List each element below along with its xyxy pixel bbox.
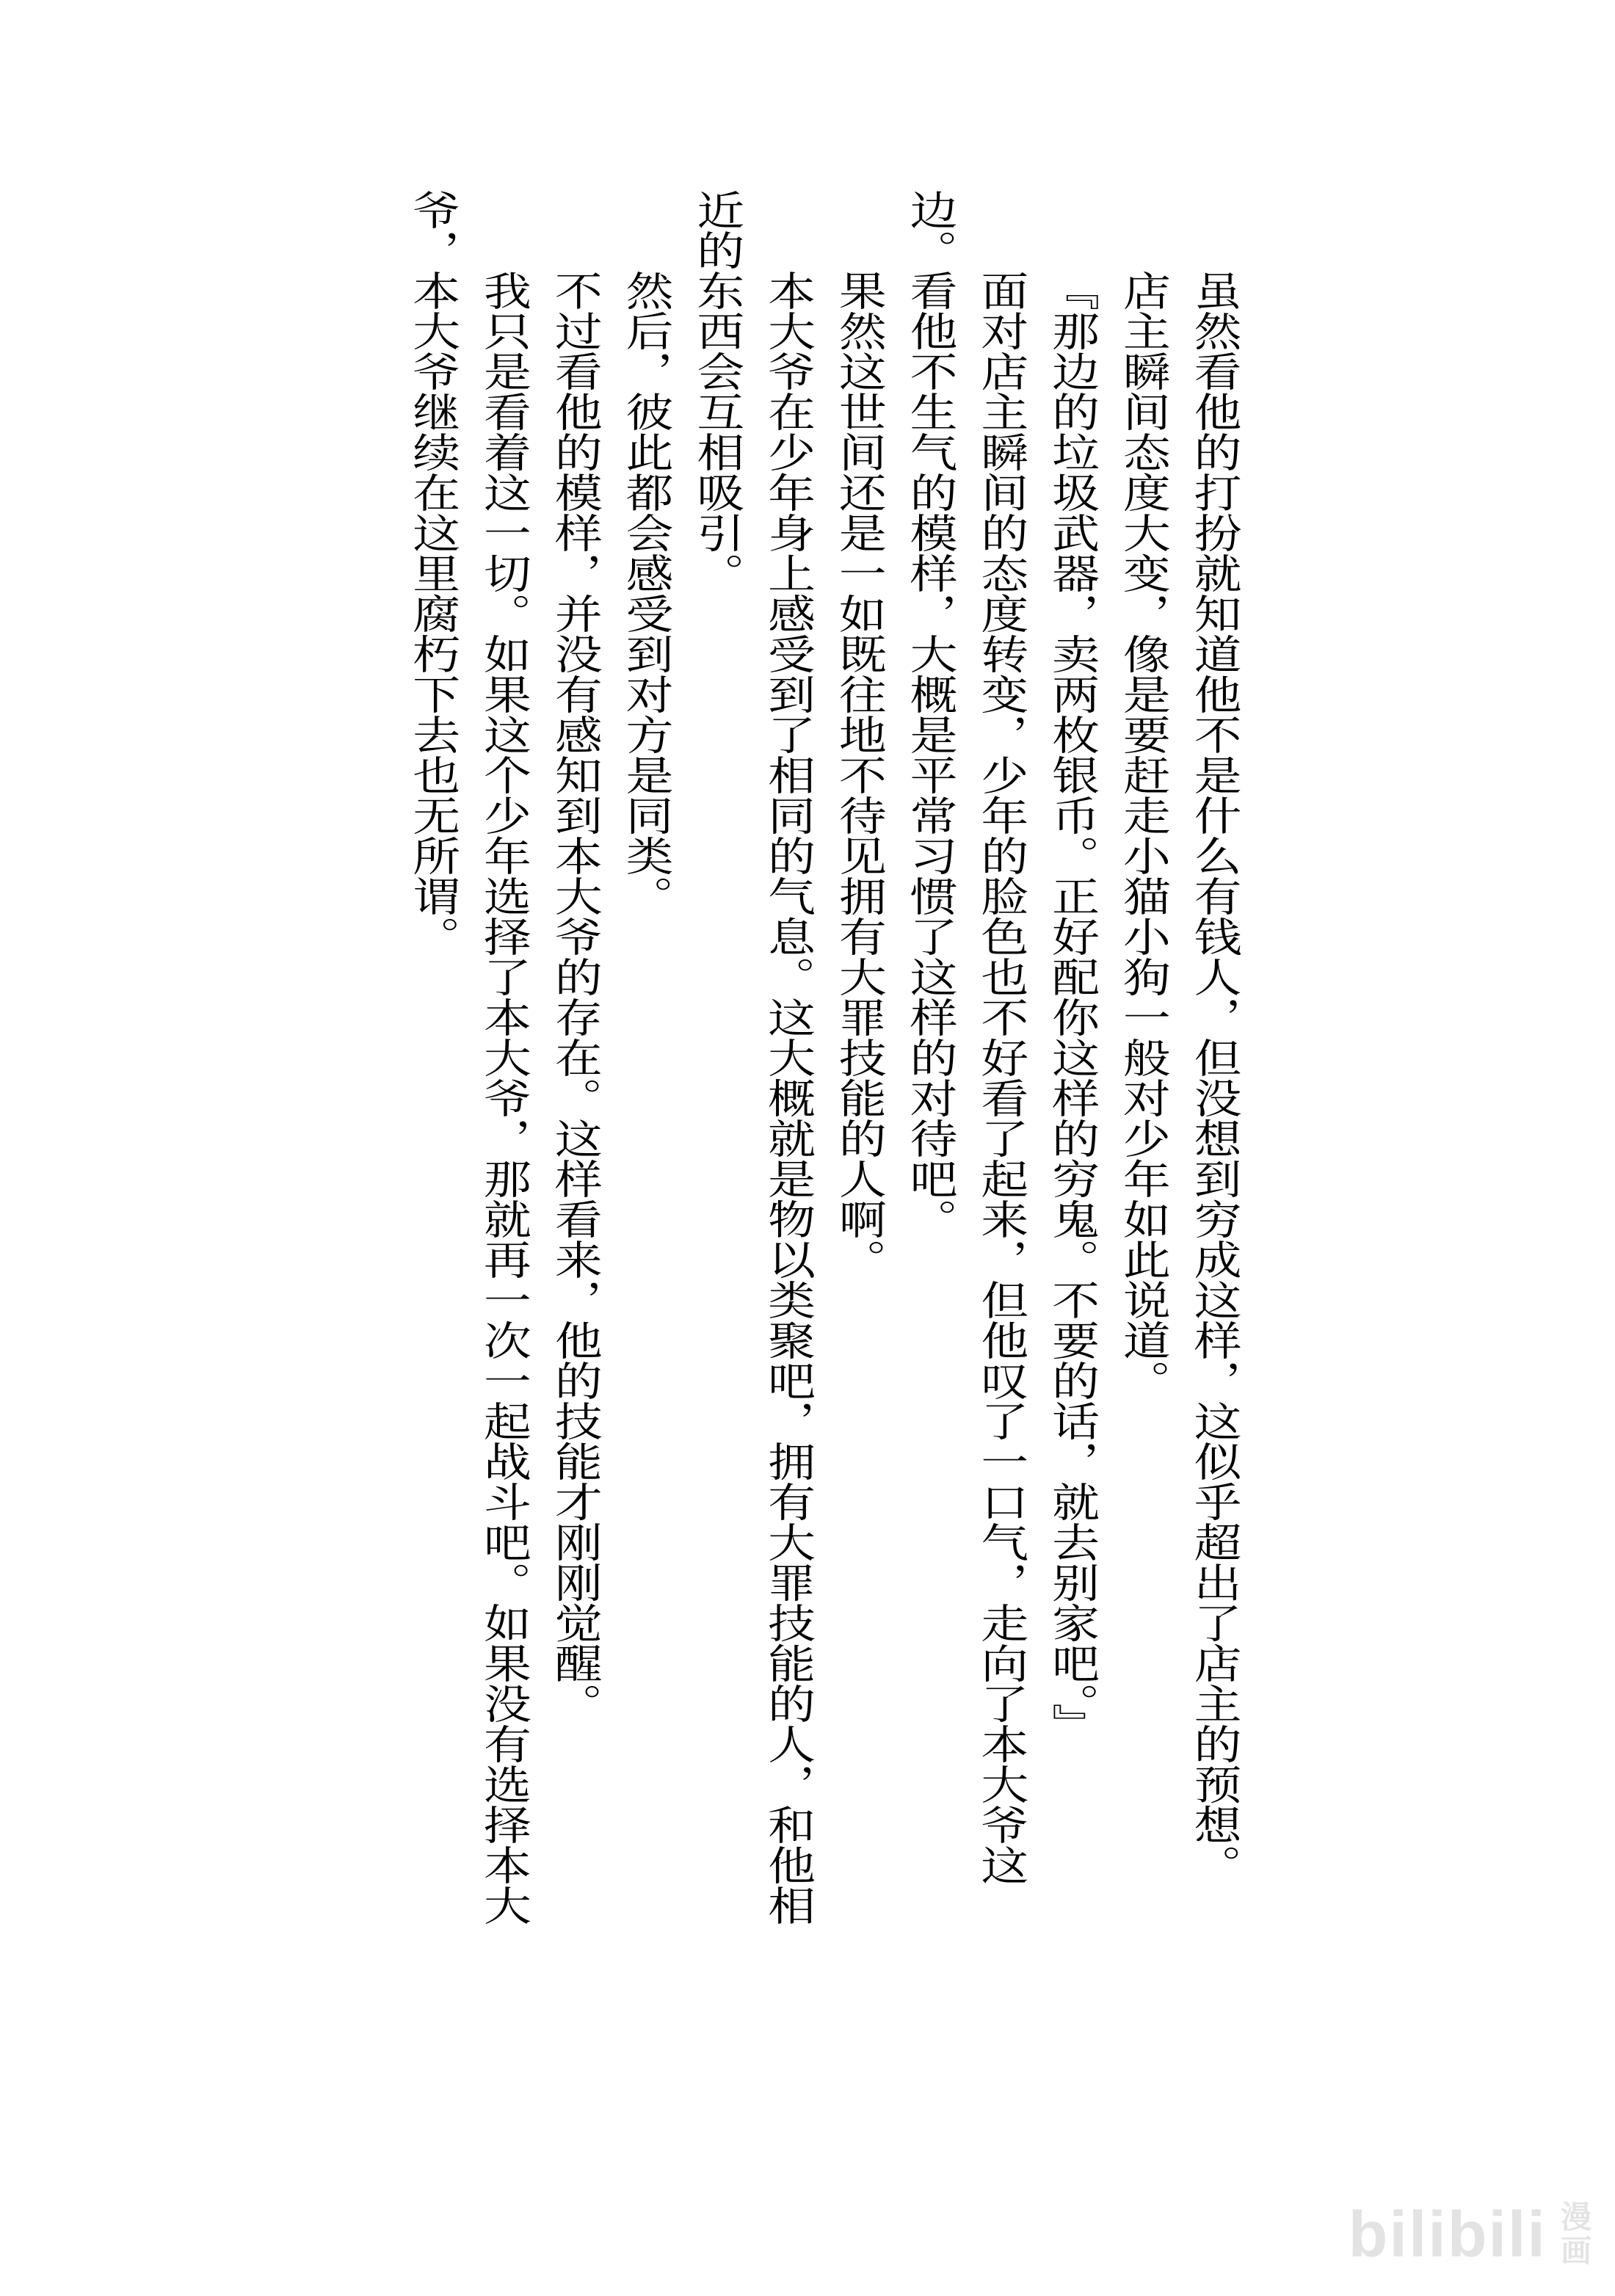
paragraph: 我只是看着这一切。如果这个少年选择了本大爷，那就再一次一起战斗吧。如果没有选择本… xyxy=(396,189,539,1925)
bilibili-logo: bilibili 漫画 xyxy=(1349,2201,1591,2268)
paragraph: 本大爷在少年身上感受到了相同的气息。这大概就是物以类聚吧，拥有大罪技能的人，和他… xyxy=(681,189,823,1925)
paragraph: 果然这世间还是一如既往地不待见拥有大罪技能的人啊。 xyxy=(822,189,893,1925)
paragraph: 『那边的垃圾武器，卖两枚银币。正好配你这样的穷鬼。不要的话，就去别家吧。』 xyxy=(1036,189,1107,1925)
paragraph: 虽然看他的打扮就知道他不是什么有钱人，但没想到穷成这样，这似乎超出了店主的预想。 xyxy=(1177,189,1249,1925)
manhua-label: 漫画 xyxy=(1557,2201,1591,2268)
paragraph: 不过看他的模样，并没有感知到本大爷的存在。这样看来，他的技能才刚刚觉醒。 xyxy=(538,189,609,1925)
paragraph: 店主瞬间态度大变，像是要赶走小猫小狗一般对少年如此说道。 xyxy=(1106,189,1177,1925)
paragraph: 然后，彼此都会感受到对方是同类。 xyxy=(609,189,681,1925)
bilibili-wordmark-icon: bilibili xyxy=(1349,2202,1547,2267)
novel-text-block: 虽然看他的打扮就知道他不是什么有钱人，但没想到穷成这样，这似乎超出了店主的预想。… xyxy=(396,189,1249,1925)
page: 虽然看他的打扮就知道他不是什么有钱人，但没想到穷成这样，这似乎超出了店主的预想。… xyxy=(0,0,1615,2296)
paragraph: 面对店主瞬间的态度转变，少年的脸色也不好看了起来，但他叹了一口气，走向了本大爷这… xyxy=(893,189,1036,1925)
